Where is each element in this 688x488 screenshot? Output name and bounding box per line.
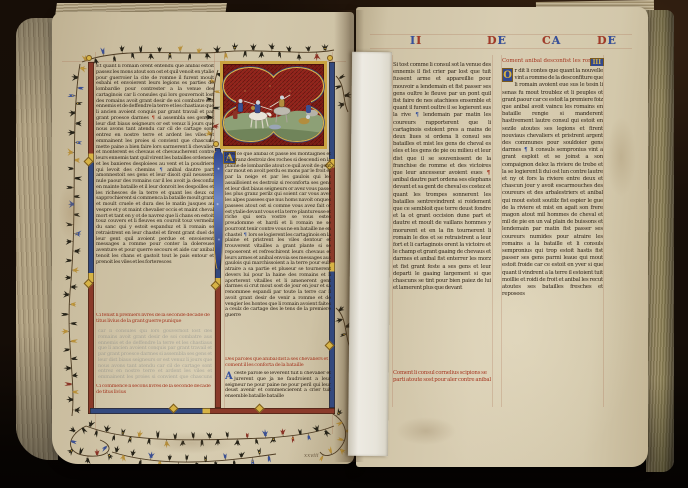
border-bar-left	[88, 62, 94, 414]
ruling-line	[603, 55, 604, 407]
left-col2-lower-text: Aceste parole se leverent tuit li cheval…	[225, 371, 331, 397]
gold-tip	[86, 55, 92, 61]
border-bar-bottom	[90, 408, 335, 414]
battle-miniature	[220, 61, 327, 149]
running-title-group: CA	[542, 35, 561, 47]
chapter-heading-row: Coment anibal desconfist les romains sus…	[502, 58, 604, 66]
initial-flourish-tail	[214, 151, 223, 269]
ruling-line	[492, 55, 493, 407]
chapter-numeral: III	[590, 58, 604, 66]
chapter-rubric-text: Coment anibal desconfist les romains sus…	[502, 58, 590, 65]
end-rubric: Coment li consul cornelius scipions se p…	[393, 370, 491, 384]
right-col2-text: Or dit li contes que quant la nouvelle v…	[502, 68, 603, 392]
running-title-group: DE	[597, 35, 617, 47]
parchment-stain	[148, 432, 234, 454]
right-fore-edge-pages	[646, 10, 674, 472]
gold-tip	[327, 55, 333, 61]
right-col1-text: Si tost comme li consul sot la venue des…	[393, 62, 491, 370]
ruling-line	[370, 48, 632, 49]
running-title-group: DE	[487, 35, 507, 47]
paper-guard-strip	[348, 52, 392, 456]
left-col1-text: Et quant li romain orent entendu que ani…	[96, 64, 214, 312]
right-page: II DE CA DE Si tost comme li consul sot …	[356, 7, 648, 467]
left-page: A Et quant li romain orent entendu que a…	[52, 12, 354, 464]
parchment-stain	[606, 117, 636, 197]
parchment-stain	[58, 182, 84, 242]
running-title-group: II	[410, 35, 422, 47]
faded-showthrough-text: car li consules qui lors gouvernoit lost…	[98, 329, 212, 381]
incipit-rubric: Ci commence li secons livres de la secon…	[96, 384, 214, 397]
quire-signature: xxviii	[304, 453, 319, 459]
manuscript-photo: A Et quant li romain orent entendu que a…	[0, 0, 688, 488]
parchment-stain	[396, 417, 456, 445]
left-col2-text: pres ce que anibal ot passe les montaign…	[225, 152, 331, 355]
chapter-rubric: Des paroles que anibal dist a ses cheval…	[225, 357, 331, 370]
explicit-rubric: Ci fenist li premiers livres de la secon…	[96, 313, 214, 326]
